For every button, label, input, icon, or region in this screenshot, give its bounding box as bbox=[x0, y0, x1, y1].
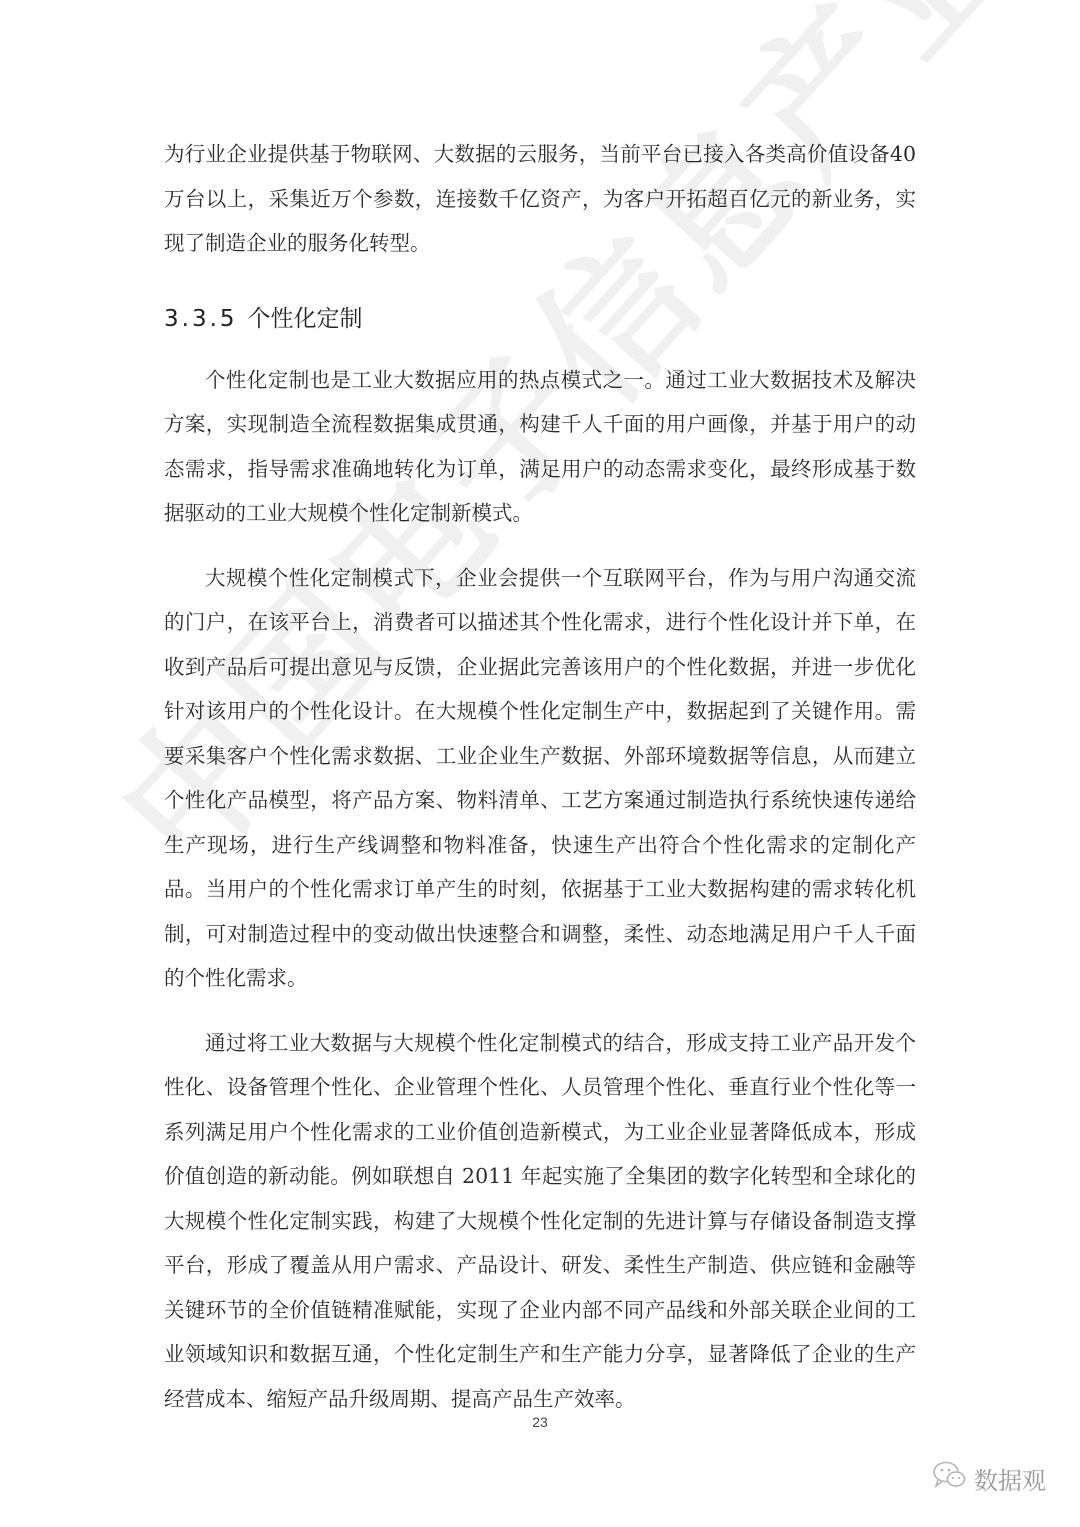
footer-brand: 数据观 bbox=[932, 1460, 1046, 1496]
section-title: 个性化定制 bbox=[248, 306, 363, 332]
intro-paragraph: 为行业企业提供基于物联网、大数据的云服务，当前平台已接入各类高价值设备40万台以… bbox=[164, 132, 916, 266]
paragraph-3: 通过将工业大数据与大规模个性化定制模式的结合，形成支持工业产品开发个性化、设备管… bbox=[164, 1021, 916, 1422]
document-body: 为行业企业提供基于物联网、大数据的云服务，当前平台已接入各类高价值设备40万台以… bbox=[164, 132, 916, 1421]
section-number: 3.3.5 bbox=[164, 306, 238, 332]
paragraph-2: 大规模个性化定制模式下，企业会提供一个互联网平台，作为与用户沟通交流的门户，在该… bbox=[164, 556, 916, 1001]
paragraph-1: 个性化定制也是工业大数据应用的热点模式之一。通过工业大数据技术及解决方案，实现制… bbox=[164, 358, 916, 536]
wechat-icon bbox=[932, 1460, 966, 1496]
brand-label: 数据观 bbox=[974, 1461, 1046, 1496]
section-heading: 3.3.5个性化定制 bbox=[164, 302, 916, 336]
